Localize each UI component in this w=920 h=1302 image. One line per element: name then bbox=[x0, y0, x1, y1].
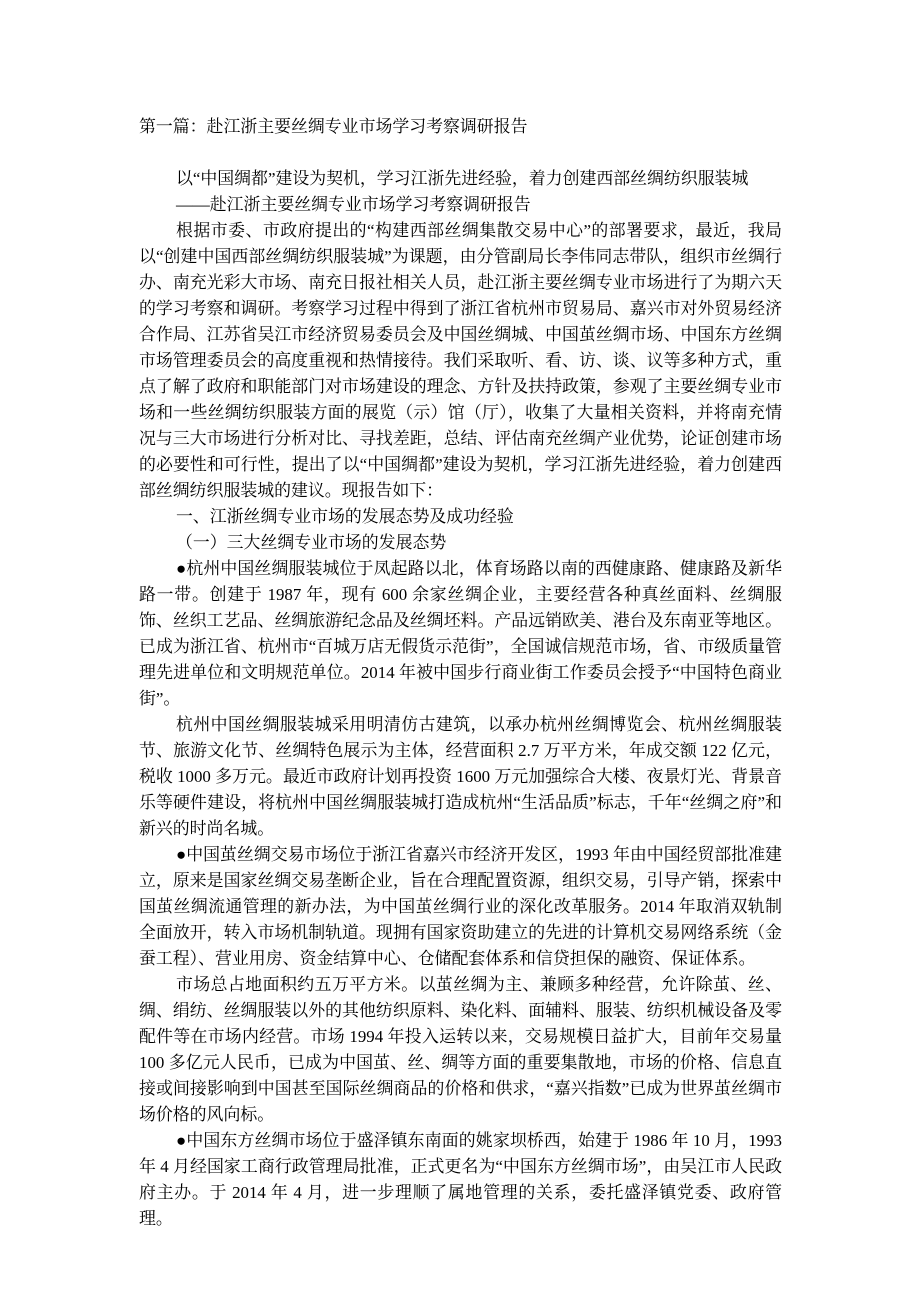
document-paragraph: ●杭州中国丝绸服装城位于凤起路以北，体育场路以南的西健康路、健康路及新华路一带。… bbox=[139, 556, 782, 712]
document-paragraph: 市场总占地面积约五万平方米。以茧丝绸为主、兼顾多种经营，允许除茧、丝、绸、绢纺、… bbox=[139, 972, 782, 1128]
document-paragraph: 根据市委、市政府提出的“构建西部丝绸集散交易中心”的部署要求，最近，我局以“创建… bbox=[139, 218, 782, 504]
document-paragraph: 一、江浙丝绸专业市场的发展态势及成功经验 bbox=[139, 504, 782, 530]
document-paragraph: ●中国茧丝绸交易市场位于浙江省嘉兴市经济开发区，1993 年由中国经贸部批准建立… bbox=[139, 842, 782, 972]
document-paragraph: ——赴江浙主要丝绸专业市场学习考察调研报告 bbox=[139, 192, 782, 218]
document-paragraph: ●中国东方丝绸市场位于盛泽镇东南面的姚家坝桥西，始建于 1986 年 10 月，… bbox=[139, 1128, 782, 1232]
document-paragraph: 以“中国绸都”建设为契机，学习江浙先进经验，着力创建西部丝绸纺织服装城 bbox=[139, 166, 782, 192]
blank-line bbox=[139, 140, 782, 166]
document-paragraph: 杭州中国丝绸服装城采用明清仿古建筑，以承办杭州丝绸博览会、杭州丝绸服装节、旅游文… bbox=[139, 712, 782, 842]
document-heading: 第一篇：赴江浙主要丝绸专业市场学习考察调研报告 bbox=[139, 114, 782, 140]
document-page: 第一篇：赴江浙主要丝绸专业市场学习考察调研报告以“中国绸都”建设为契机，学习江浙… bbox=[0, 0, 920, 1302]
document-body: 第一篇：赴江浙主要丝绸专业市场学习考察调研报告以“中国绸都”建设为契机，学习江浙… bbox=[139, 114, 782, 1232]
document-paragraph: （一）三大丝绸专业市场的发展态势 bbox=[139, 530, 782, 556]
